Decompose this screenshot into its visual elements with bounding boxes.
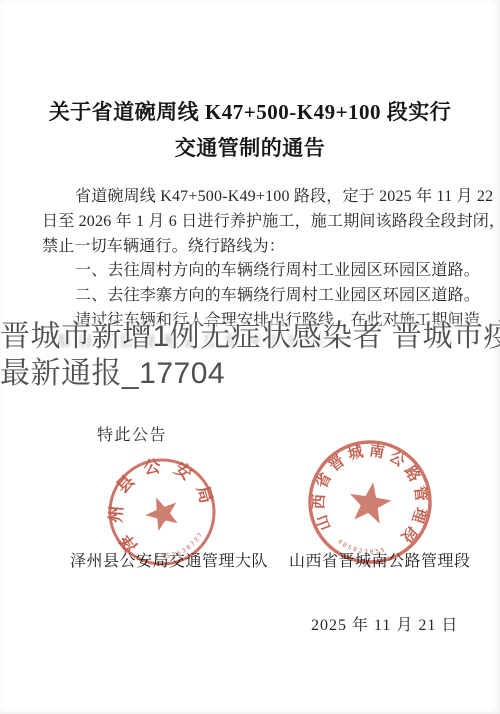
notice-date: 2025 年 11 月 21 日 <box>311 612 458 635</box>
body-line: 禁止一切车辆通行。绕行路线为： <box>42 235 474 260</box>
body-line: 日至 2026 年 1 月 6 日进行养护施工，施工期间该路段全段封闭， <box>42 210 474 235</box>
detour-list-item-2: 二、去往李寨方向的车辆绕行周村工业园区环园区道路。 <box>42 284 474 309</box>
caption-line2: 最新通报_17704 <box>0 355 500 392</box>
notice-title-line2: 交通管制的通告 <box>0 130 500 166</box>
notice-photo: 关于省道碗周线 K47+500-K49+100 段实行 交通管制的通告 省道碗周… <box>0 0 500 714</box>
body-line: 省道碗周线 K47+500-K49+100 路段，定于 2025 年 11 月 … <box>42 185 474 210</box>
signature-left: 泽州县公安局交通管理大队 <box>70 548 268 571</box>
star-icon <box>141 491 184 533</box>
seal-ring-text-left: 泽州县公安局 <box>89 439 224 558</box>
notice-body: 省道碗周线 K47+500-K49+100 路段，定于 2025 年 11 月 … <box>42 185 474 334</box>
caption-line1: 晋城市新增1例无症状感染者 晋城市疫情防控 <box>0 318 500 355</box>
seal-ring-text-right: 山西省晋城南公路管理段 <box>305 433 439 552</box>
svg-text:山西省晋城南公路管理段: 山西省晋城南公路管理段 <box>305 433 439 552</box>
star-icon <box>346 479 394 525</box>
notice-title: 关于省道碗周线 K47+500-K49+100 段实行 交通管制的通告 <box>0 94 500 166</box>
svg-text:泽州县公安局: 泽州县公安局 <box>89 439 224 558</box>
signature-right: 山西省晋城南公路管理段 <box>289 548 471 571</box>
closing-statement: 特此公告 <box>97 422 167 445</box>
notice-title-line1: 关于省道碗周线 K47+500-K49+100 段实行 <box>0 94 500 130</box>
detour-list-item-1: 一、去往周村方向的车辆绕行周村工业园区环园区道路。 <box>42 259 474 284</box>
caption-overlay: 晋城市新增1例无症状感染者 晋城市疫情防控 最新通报_17704 <box>0 318 500 392</box>
